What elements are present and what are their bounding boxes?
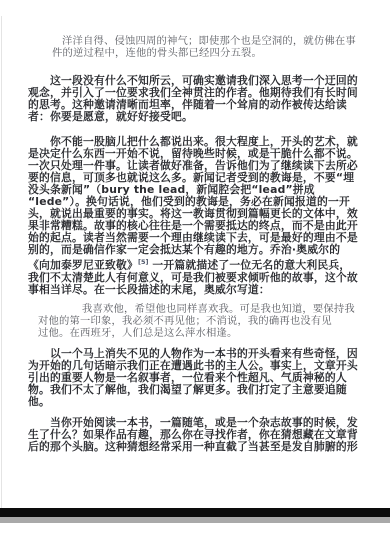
body-paragraph-with-footnote: 你不能一股脑儿把什么都说出来。很大程度上，开头的艺术，就 是决定什么东西一开始不… (28, 136, 358, 296)
page-bottom-edge-grey (0, 517, 390, 523)
body-paragraph: 这一段没有什么不知所云，可确实邀请我们深入思考一个迂回的 观念，并引入了一位要求… (28, 75, 358, 123)
scanned-book-page: 洋洋自得、侵蚀四周的神气；即使那个也是空洞的，就仿佛在事 件的逆过程中，连他的骨… (0, 0, 390, 546)
body-paragraph: 以一个马上消失不见的人物作为一本书的开头看来有些奇怪，因 为开始的几句话暗示我们… (28, 348, 358, 408)
blockquote-continuation: 洋洋自得、侵蚀四周的神气；即使那个也是空洞的，就仿佛在事 件的逆过程中，连他的骨… (52, 35, 356, 59)
paragraph-text-before-footnote: 你不能一股脑儿把什么都说出来。很大程度上，开头的艺术，就 是决定什么东西一开始不… (28, 135, 358, 272)
blockquote-orwell-excerpt: 我喜欢他，希望他也同样喜欢我。可是我也知道，要保持我 对他的第一印象，我必须不再… (38, 303, 355, 339)
footnote-ref-5: [5] (138, 258, 148, 266)
body-paragraph: 当你开始阅读一本书，一篇随笔，或是一个杂志故事的时候，发 生了什么？如果作品有趣… (28, 417, 358, 453)
page-bottom-edge-shadow (0, 508, 390, 517)
page-left-edge-line (1, 16, 2, 508)
